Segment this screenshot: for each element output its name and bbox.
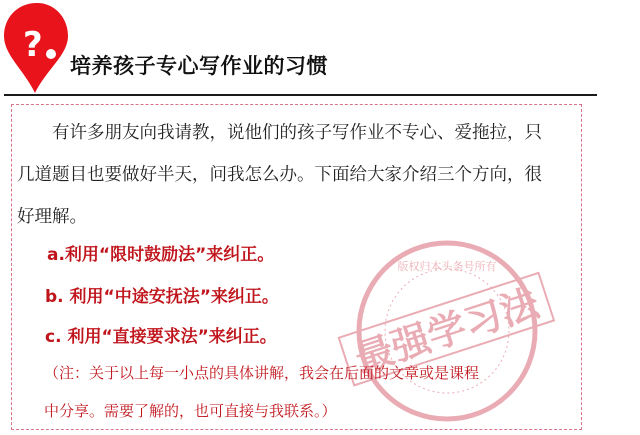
svg-text:版权归本头条号所有: 版权归本头条号所有 — [398, 259, 497, 273]
intro-line: 有许多朋友向我请教，说他们的孩子写作业不专心、爱拖拉，只 — [17, 112, 577, 154]
divider — [4, 94, 597, 96]
note-line: （注：关于以上每一小点的具体讲解，我会在后面的文章或是课程 — [44, 362, 479, 383]
intro-paragraph: 有许多朋友向我请教，说他们的孩子写作业不专心、爱拖拉，只 几道题目也要做好半天，… — [17, 112, 577, 238]
intro-line: 几道题目也要做好半天，问我怎么办。下面给大家介绍三个方向，很 — [17, 154, 577, 196]
copyright-stamp: 最强学习法 版权归本头条号所有 — [332, 236, 562, 426]
svg-text:?: ? — [23, 25, 43, 65]
method-item-c: c. 利用“直接要求法”来纠正。 — [45, 322, 277, 347]
method-item-a: a.利用“限时鼓励法”来纠正。 — [47, 240, 274, 265]
page-title: 培养孩子专心写作业的习惯 — [70, 50, 328, 80]
method-item-b: b. 利用“中途安抚法”来纠正。 — [45, 282, 279, 307]
intro-line: 好理解。 — [17, 196, 577, 238]
note-line: 中分享。需要了解的，也可直接与我联系。） — [44, 400, 337, 421]
question-pin-icon: ? — [2, 0, 72, 95]
